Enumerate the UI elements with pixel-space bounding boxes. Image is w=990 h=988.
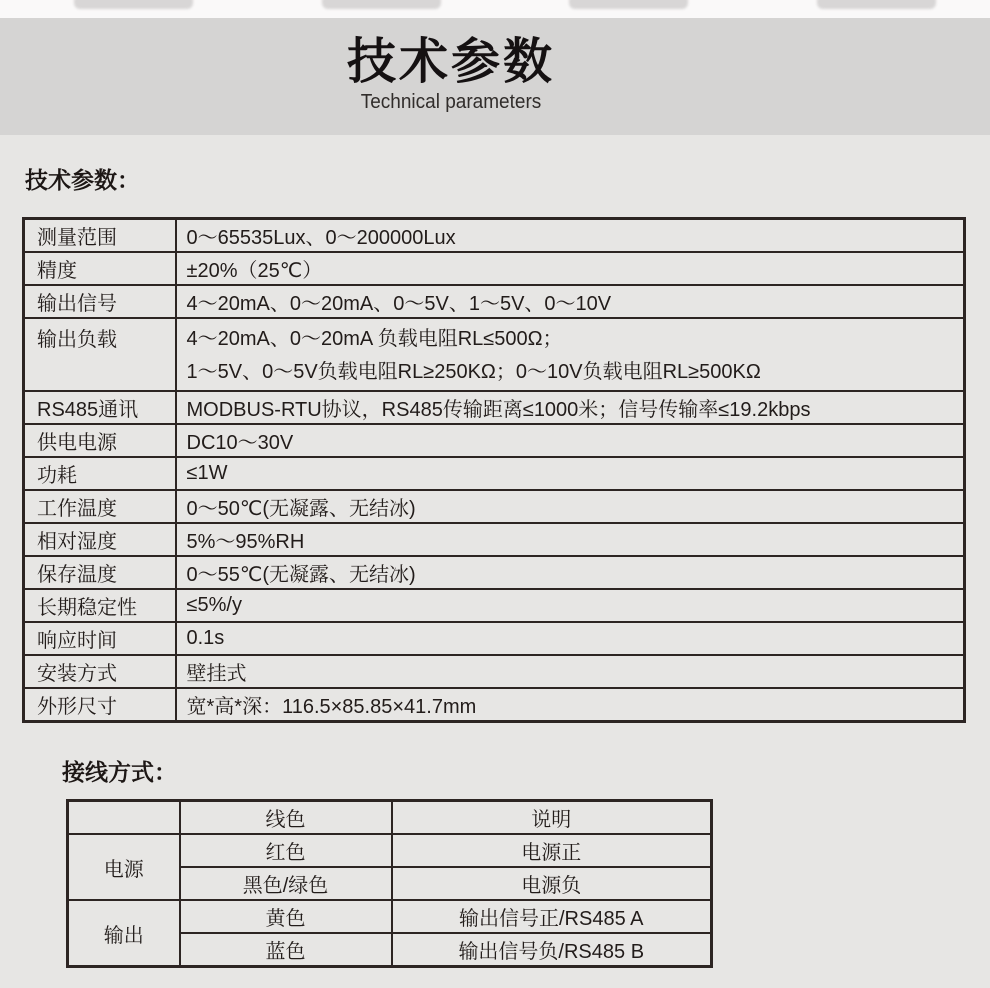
wiring-row: 电源红色电源正 bbox=[68, 834, 712, 867]
spec-row: 工作温度0～50℃(无凝露、无结冰) bbox=[24, 490, 965, 523]
spec-row: 供电电源DC10～30V bbox=[24, 424, 965, 457]
wiring-header-cell: 说明 bbox=[392, 801, 712, 835]
spec-label: 安装方式 bbox=[24, 655, 176, 688]
wiring-table-head: 线色说明 bbox=[68, 801, 712, 835]
spec-table-body: 测量范围0～65535Lux、0～200000Lux精度±20%（25℃）输出信… bbox=[24, 219, 965, 722]
page-title: 技术参数 bbox=[0, 37, 902, 88]
content: 技术参数： 测量范围0～65535Lux、0～200000Lux精度±20%（2… bbox=[0, 162, 990, 968]
top-bar bbox=[817, 0, 936, 9]
spec-row: 响应时间0.1s bbox=[24, 622, 965, 655]
spec-label: 相对湿度 bbox=[24, 523, 176, 556]
wiring-description-cell: 输出信号负/RS485 B bbox=[392, 933, 712, 967]
spec-value: 4～20mA、0～20mA、0～5V、1～5V、0～10V bbox=[176, 285, 965, 318]
spec-row: 安装方式壁挂式 bbox=[24, 655, 965, 688]
spec-label: 输出信号 bbox=[24, 285, 176, 318]
top-bar bbox=[569, 0, 688, 9]
wiring-header-empty bbox=[68, 801, 180, 835]
spec-value: 0～50℃(无凝露、无结冰) bbox=[176, 490, 965, 523]
spec-row: 输出负载4～20mA、0～20mA 负载电阻RL≤500Ω；1～5V、0～5V负… bbox=[24, 318, 965, 391]
spec-value: 宽*高*深：116.5×85.85×41.7mm bbox=[176, 688, 965, 722]
spec-label: 外形尺寸 bbox=[24, 688, 176, 722]
wiring-color-cell: 黑色/绿色 bbox=[180, 867, 392, 900]
spec-label: 测量范围 bbox=[24, 219, 176, 253]
page-subtitle: Technical parameters bbox=[23, 91, 880, 114]
wiring-header-row: 线色说明 bbox=[68, 801, 712, 835]
spec-value-line: 1～5V、0～5V负载电阻RL≥250KΩ；0～10V负载电阻RL≥500KΩ bbox=[187, 356, 956, 389]
wiring-header-cell: 线色 bbox=[180, 801, 392, 835]
spec-value: ≤5%/y bbox=[176, 589, 965, 622]
wiring-table: 线色说明 电源红色电源正黑色/绿色电源负输出黄色输出信号正/RS485 A蓝色输… bbox=[66, 799, 713, 968]
spec-row: 长期稳定性≤5%/y bbox=[24, 589, 965, 622]
wiring-color-cell: 黄色 bbox=[180, 900, 392, 933]
wiring-description-cell: 电源正 bbox=[392, 834, 712, 867]
spec-value: ≤1W bbox=[176, 457, 965, 490]
spec-value: DC10～30V bbox=[176, 424, 965, 457]
spec-label: 响应时间 bbox=[24, 622, 176, 655]
spec-label: 功耗 bbox=[24, 457, 176, 490]
spec-value: 0～55℃(无凝露、无结冰) bbox=[176, 556, 965, 589]
spec-label: RS485通讯 bbox=[24, 391, 176, 424]
top-bar bbox=[74, 0, 193, 9]
spec-value: ±20%（25℃） bbox=[176, 252, 965, 285]
wiring-description-cell: 输出信号正/RS485 A bbox=[392, 900, 712, 933]
spec-label: 供电电源 bbox=[24, 424, 176, 457]
spec-table: 测量范围0～65535Lux、0～200000Lux精度±20%（25℃）输出信… bbox=[22, 217, 966, 723]
spec-row: 测量范围0～65535Lux、0～200000Lux bbox=[24, 219, 965, 253]
spec-value: 4～20mA、0～20mA 负载电阻RL≤500Ω；1～5V、0～5V负载电阻R… bbox=[176, 318, 965, 391]
wiring-description-cell: 电源负 bbox=[392, 867, 712, 900]
spec-value: MODBUS-RTU协议，RS485传输距离≤1000米；信号传输率≤19.2k… bbox=[176, 391, 965, 424]
spec-row: 相对湿度5%～95%RH bbox=[24, 523, 965, 556]
spec-row: 功耗≤1W bbox=[24, 457, 965, 490]
spec-label: 长期稳定性 bbox=[24, 589, 176, 622]
wiring-color-cell: 蓝色 bbox=[180, 933, 392, 967]
spec-value: 壁挂式 bbox=[176, 655, 965, 688]
title-inner: 技术参数 Technical parameters bbox=[0, 18, 902, 114]
wiring-table-body: 电源红色电源正黑色/绿色电源负输出黄色输出信号正/RS485 A蓝色输出信号负/… bbox=[68, 834, 712, 967]
wiring-color-cell: 红色 bbox=[180, 834, 392, 867]
spec-row: 输出信号4～20mA、0～20mA、0～5V、1～5V、0～10V bbox=[24, 285, 965, 318]
wiring-category-cell: 电源 bbox=[68, 834, 180, 900]
top-bar bbox=[322, 0, 441, 9]
wiring-section-heading: 接线方式： bbox=[62, 754, 990, 787]
title-banner: 技术参数 Technical parameters bbox=[0, 18, 990, 135]
spec-label: 工作温度 bbox=[24, 490, 176, 523]
spec-label: 输出负载 bbox=[24, 318, 176, 391]
spec-row: 保存温度0～55℃(无凝露、无结冰) bbox=[24, 556, 965, 589]
spec-value: 5%～95%RH bbox=[176, 523, 965, 556]
spec-value: 0.1s bbox=[176, 622, 965, 655]
spec-row: RS485通讯MODBUS-RTU协议，RS485传输距离≤1000米；信号传输… bbox=[24, 391, 965, 424]
spec-value: 0～65535Lux、0～200000Lux bbox=[176, 219, 965, 253]
page: 技术参数 Technical parameters 技术参数： 测量范围0～65… bbox=[0, 0, 990, 968]
spec-value-line: 4～20mA、0～20mA 负载电阻RL≤500Ω； bbox=[187, 323, 956, 356]
wiring-category-cell: 输出 bbox=[68, 900, 180, 967]
spec-row: 精度±20%（25℃） bbox=[24, 252, 965, 285]
spec-label: 精度 bbox=[24, 252, 176, 285]
specs-section-heading: 技术参数： bbox=[25, 162, 990, 195]
spec-label: 保存温度 bbox=[24, 556, 176, 589]
wiring-row: 输出黄色输出信号正/RS485 A bbox=[68, 900, 712, 933]
top-strip bbox=[0, 0, 990, 18]
spec-row: 外形尺寸宽*高*深：116.5×85.85×41.7mm bbox=[24, 688, 965, 722]
